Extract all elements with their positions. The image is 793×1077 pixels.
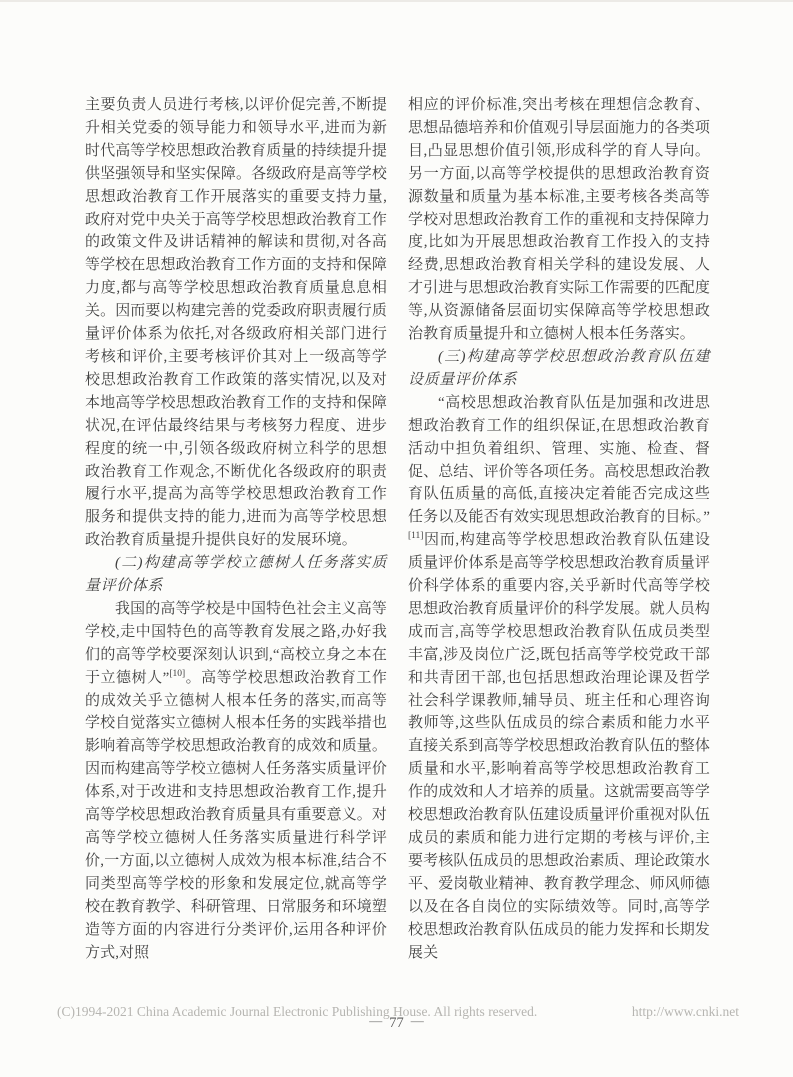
- paragraph-text: “高校思想政治教育队伍是加强和改进思想政治教育工作的组织保证,在思想政治教育活动…: [408, 395, 710, 526]
- paragraph-continuation: 主要负责人员进行考核,以评价促完善,不断提升相关党委的领导能力和领导水平,进而为…: [85, 94, 387, 552]
- journal-scan-page: { "left_column": { "continuation_paragra…: [0, 0, 793, 1077]
- page-number: —77—: [0, 1015, 793, 1032]
- footnote-ref-11: [11]: [408, 531, 423, 541]
- paragraph-text: 因而,构建高等学校思想政治教育队伍建设质量评价体系是高等学校思想政治教育质量评价…: [408, 532, 710, 960]
- page-number-dash-left: —: [369, 1013, 382, 1028]
- page-number-dash-right: —: [411, 1013, 424, 1028]
- column-right: 相应的评价标准,突出考核在理想信念教育、思想品德培养和价值观引导层面施力的各类项…: [408, 94, 710, 964]
- footnote-ref-10: [10]: [169, 669, 185, 679]
- page-content: 主要负责人员进行考核,以评价促完善,不断提升相关党委的领导能力和领导水平,进而为…: [85, 94, 710, 964]
- paragraph-text: 。高等学校思想政治教育工作的成效关乎立德树人根本任务的落实,而高等学校自觉落实立…: [85, 670, 387, 961]
- paragraph: 我国的高等学校是中国特色社会主义高等学校,走中国特色的高等教育发展之路,办好我们…: [85, 598, 387, 965]
- page-number-value: 77: [389, 1015, 404, 1031]
- paragraph: “高校思想政治教育队伍是加强和改进思想政治教育工作的组织保证,在思想政治教育活动…: [408, 392, 710, 965]
- column-left: 主要负责人员进行考核,以评价促完善,不断提升相关党委的领导能力和领导水平,进而为…: [85, 94, 387, 964]
- paragraph-continuation: 相应的评价标准,突出考核在理想信念教育、思想品德培养和价值观引导层面施力的各类项…: [408, 94, 710, 346]
- section-heading-3: (三)构建高等学校思想政治教育队伍建设质量评价体系: [408, 346, 710, 392]
- section-heading-2: (二)构建高等学校立德树人任务落实质量评价体系: [85, 552, 387, 598]
